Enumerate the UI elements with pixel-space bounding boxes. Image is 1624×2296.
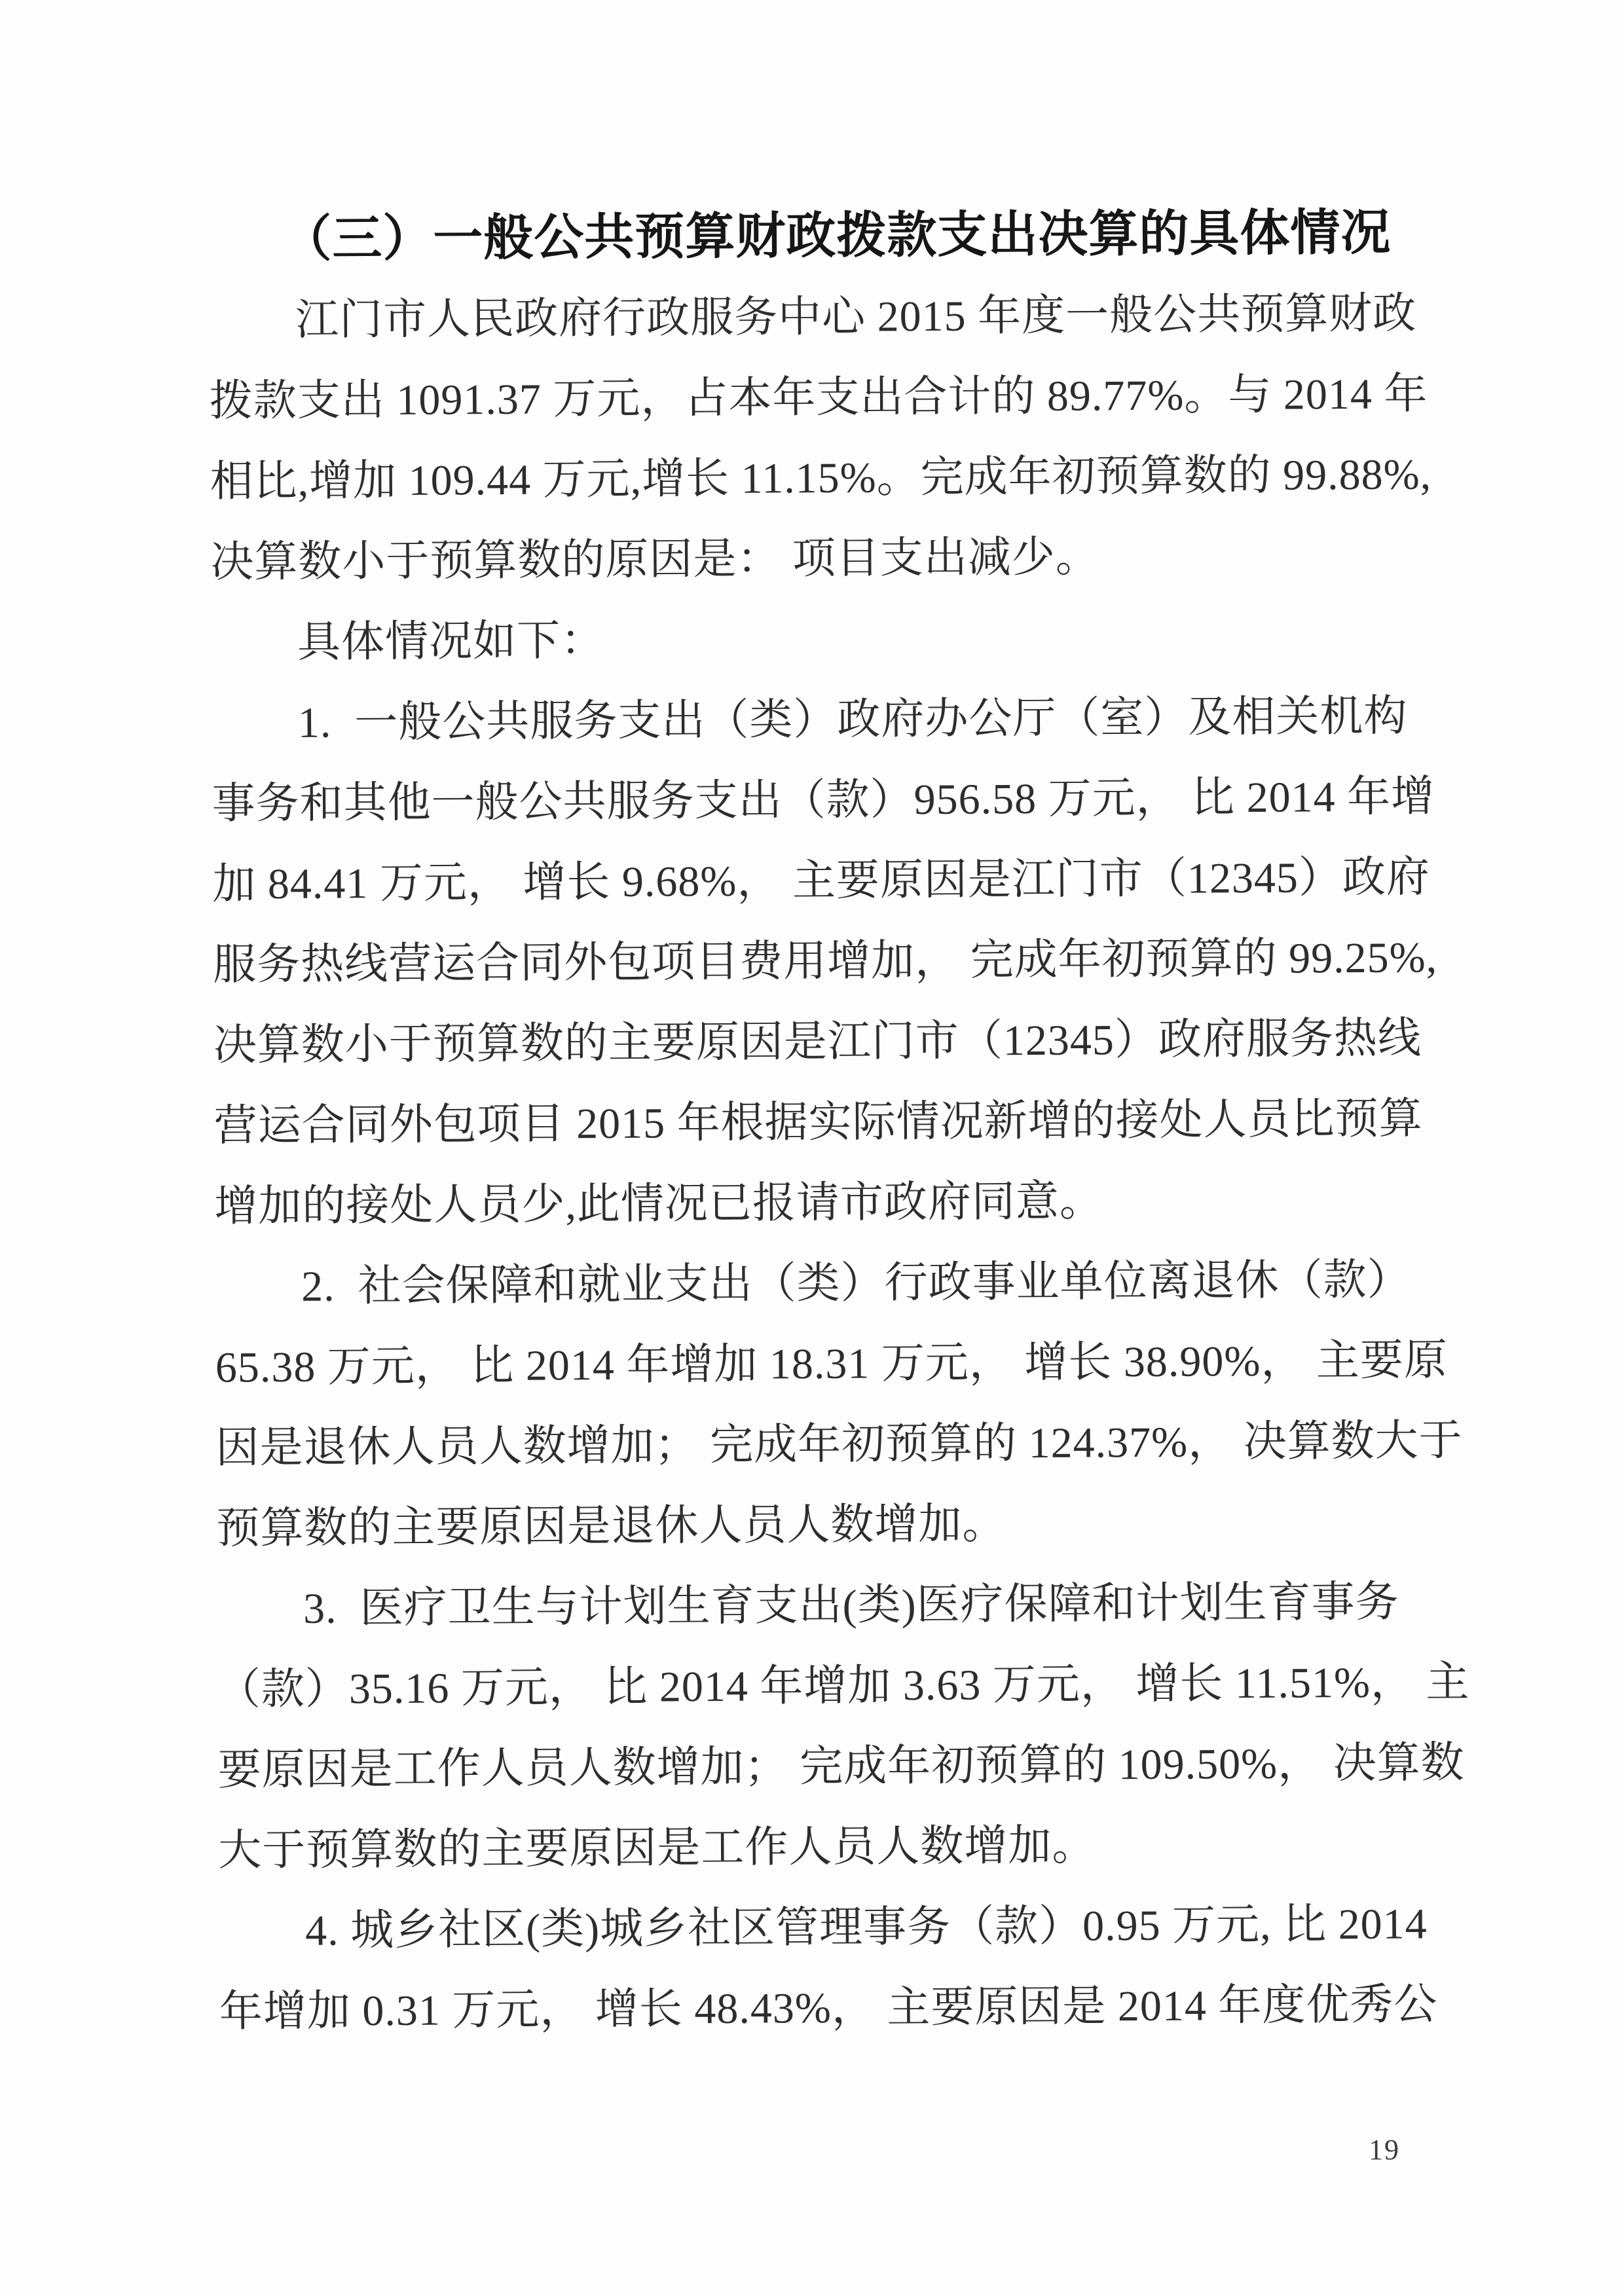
body-line: 4. 城乡社区(类)城乡社区管理事务（款）0.95 万元, 比 2014 (219, 1884, 1437, 1971)
body-line: 具体情况如下： (211, 595, 1430, 683)
body-line: 决算数小于预算数的主要原因是江门市（12345）政府服务热线 (213, 998, 1432, 1085)
document-content: （三）一般公共预算财政拨款支出决算的具体情况 江门市人民政府行政服务中心 201… (208, 192, 1437, 2052)
body-line: 增加的接处人员少,此情况已报请市政府同意。 (214, 1159, 1433, 1247)
body-line: 大于预算数的主要原因是工作人员人数增加。 (218, 1803, 1437, 1891)
body-line: 因是退休人员人数增加； 完成年初预算的 124.37%， 决算数大于 (215, 1400, 1434, 1488)
document-page: （三）一般公共预算财政拨款支出决算的具体情况 江门市人民政府行政服务中心 201… (0, 0, 1624, 2296)
paragraph-item-4: 4. 城乡社区(类)城乡社区管理事务（款）0.95 万元, 比 2014 年增加… (219, 1884, 1437, 2052)
paragraph-item-3: 3. 医疗卫生与计划生育支出(类)医疗保障和计划生育事务 （款）35.16 万元… (217, 1561, 1437, 1891)
paragraph-item-1: 1. 一般公共服务支出（类）政府办公厅（室）及相关机构 事务和其他一般公共服务支… (212, 676, 1433, 1247)
body-line: 预算数的主要原因是退休人员人数增加。 (216, 1481, 1435, 1569)
body-line: 65.38 万元， 比 2014 年增加 18.31 万元， 增长 38.90%… (215, 1320, 1434, 1408)
body-line: 加 84.41 万元， 增长 9.68%， 主要原因是江门市（12345）政府 (212, 837, 1431, 924)
body-line: 要原因是工作人员人数增加； 完成年初预算的 109.50%， 决算数 (217, 1722, 1436, 1810)
body-line: 3. 医疗卫生与计划生育支出(类)医疗保障和计划生育事务 (217, 1561, 1435, 1649)
body-line: 江门市人民政府行政服务中心 2015 年度一般公共预算财政 (209, 273, 1428, 361)
paragraph-summary: 江门市人民政府行政服务中心 2015 年度一般公共预算财政 拨款支出 1091.… (209, 273, 1429, 602)
body-line: 拨款支出 1091.37 万元，占本年支出合计的 89.77%。与 2014 年 (210, 354, 1428, 441)
body-line: 决算数小于预算数的原因是： 项目支出减少。 (210, 515, 1429, 602)
page-number: 19 (1369, 2133, 1400, 2166)
body-line: 事务和其他一般公共服务支出（款）956.58 万元， 比 2014 年增 (212, 756, 1430, 844)
body-line: 服务热线营运合同外包项目费用增加， 完成年初预算的 99.25%, (213, 917, 1431, 1005)
body-line: 相比,增加 109.44 万元,增长 11.15%。完成年初预算数的 99.88… (210, 434, 1428, 522)
paragraph-item-2: 2. 社会保障和就业支出（类）行政事业单位离退休（款） 65.38 万元， 比 … (215, 1239, 1435, 1569)
body-line: 2. 社会保障和就业支出（类）行政事业单位离退休（款） (215, 1239, 1433, 1327)
body-line: 1. 一般公共服务支出（类）政府办公厅（室）及相关机构 (212, 676, 1430, 763)
paragraph-intro: 具体情况如下： (211, 595, 1430, 683)
body-line: 年增加 0.31 万元， 增长 48.43%， 主要原因是 2014 年度优秀公 (219, 1964, 1438, 2052)
body-line: （款）35.16 万元， 比 2014 年增加 3.63 万元， 增长 11.5… (217, 1642, 1436, 1730)
section-heading: （三）一般公共预算财政拨款支出决算的具体情况 (208, 192, 1427, 280)
body-line: 营运合同外包项目 2015 年根据实际情况新增的接处人员比预算 (213, 1078, 1432, 1166)
